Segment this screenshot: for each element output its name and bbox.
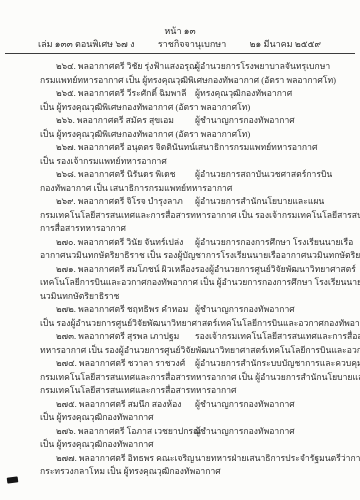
issue-date: ๒๑ มีนาคม ๒๕๕๙ — [250, 38, 321, 50]
entry-former-position: ผู้ชำนาญการกองทัพอากาศ — [195, 425, 295, 439]
entry-former-position: ผู้ชำนาญการกองทัพอากาศ — [195, 303, 295, 317]
entry-former-position: ผู้ทรงคุณวุฒิกองทัพอากาศ — [195, 87, 292, 101]
entry-continuation: เป็น รองเจ้ากรมแพทย์ทหารอากาศ — [40, 155, 320, 169]
entry-former-position: เสนาธิการกรมแพทย์ทหารอากาศ — [195, 141, 317, 155]
entry-number-name: ๒๗๑. พลอากาศตรี สมโภชน์ ผิวเหลือง — [40, 263, 195, 277]
entry-number-name: ๒๖๘. พลอากาศตรี นิรันดร พิเดช — [40, 168, 176, 182]
entry-former-position: ผู้อำนวยการกองการศึกษา โรงเรียนนายเรือ — [195, 236, 353, 250]
entry-former-position: ผู้ชำนาญการกองทัพอากาศ — [195, 114, 295, 128]
gazette-header: เล่ม ๑๓๓ ตอนพิเศษ ๖๗ ง ราชกิจจานุเบกษา ๒… — [0, 37, 360, 50]
entry-number-name: ๒๗๒. พลอากาศตรี ชฤทธิพร คำหอม — [40, 303, 188, 317]
entry-continuation: เป็น ผู้ทรงคุณวุฒิกองทัพอากาศ — [40, 438, 320, 452]
entry-number-name: ๒๗๐. พลอากาศตรี วินัย จันทร์เปล่ง — [40, 236, 183, 250]
gazette-entry: ๒๖๗. พลอากาศตรี อนุตตร จิตตินันทน์ เสนาธ… — [40, 141, 320, 168]
entry-number-name: ๒๖๙. พลอากาศตรี จิโรจ บำรุงลาภ — [40, 195, 183, 209]
entry-continuation: กองทัพอากาศ เป็น เสนาธิการกรมแพทย์ทหารอา… — [40, 182, 320, 196]
entry-former-position: ผู้ชำนาญการกองทัพอากาศ — [195, 398, 295, 412]
entry-former-position: ผู้อำนวยการสำนักระบบบัญชาการและควบคุม — [195, 357, 360, 371]
gazette-entry: ๒๗๐. พลอากาศตรี วินัย จันทร์เปล่ง ผู้อำน… — [40, 236, 320, 263]
entry-former-position: นายทหารฝ่ายเสนาธิการประจำรัฐมนตรีว่าการ — [195, 452, 360, 466]
entry-continuation: เป็น ผู้ทรงคุณวุฒิกองทัพอากาศ — [40, 411, 320, 425]
entry-continuation: การสื่อสารทหารอากาศ — [40, 222, 320, 236]
entry-number-name: ๒๗๖. พลอากาศตรี โอภาส เวชยาปกรณ์ — [40, 425, 201, 439]
entry-continuation: ทหารอากาศ เป็น รองผู้อำนวยการศูนย์วิจัยพ… — [40, 344, 320, 358]
entry-number-name: ๒๖๗. พลอากาศตรี อนุตตร จิตตินันทน์ — [40, 141, 195, 155]
entry-continuation: กรมแพทย์ทหารอากาศ เป็น ผู้ทรงคุณวุฒิพิเศ… — [40, 74, 320, 88]
gazette-entry: ๒๗๒. พลอากาศตรี ชฤทธิพร คำหอม ผู้ชำนาญกา… — [40, 303, 320, 330]
gazette-page: หน้า ๑๓ เล่ม ๑๓๓ ตอนพิเศษ ๖๗ ง ราชกิจจาน… — [0, 0, 360, 500]
gazette-entry: ๒๖๖. พลอากาศตรี สมัคร สุขเอม ผู้ชำนาญการ… — [40, 114, 320, 141]
entry-former-position: รองเจ้ากรมเทคโนโลยีสารสนเทศและการสื่อสาร — [195, 330, 360, 344]
entry-number-name: ๒๗๔. พลอากาศตรี ชวาลา ราชวงศ์ — [40, 357, 185, 371]
gazette-entry: ๒๖๕. พลอากาศตรี วีระศักดิ์ ฉิมพาลี ผู้ทร… — [40, 87, 320, 114]
volume-label: เล่ม ๑๓๓ ตอนพิเศษ ๖๗ ง — [38, 38, 134, 50]
entry-number-name: ๒๖๖. พลอากาศตรี สมัคร สุขเอม — [40, 114, 174, 128]
entries-body: ๒๖๔. พลอากาศตรี วิชัย รุ่งฟ้าแสงอรุณ ผู้… — [0, 54, 360, 479]
gazette-entry: ๒๗๓. พลอากาศตรี สุรพล เภาปฐม รองเจ้ากรมเ… — [40, 330, 320, 357]
entry-former-position: ผู้อำนวยการโรงพยาบาลจันทรุเบกษา — [195, 60, 330, 74]
gazette-entry: ๒๗๔. พลอากาศตรี ชวาลา ราชวงศ์ ผู้อำนวยกา… — [40, 357, 320, 398]
entry-former-position: ผู้อำนวยการสำนักนโยบายและแผน — [195, 195, 324, 209]
entry-continuation: นวมินทกษัตริยาธิราช — [40, 290, 320, 304]
entry-number-name: ๒๖๕. พลอากาศตรี วีระศักดิ์ ฉิมพาลี — [40, 87, 186, 101]
gazette-entry: ๒๗๕. พลอากาศตรี สมนึก สองห้อง ผู้ชำนาญกา… — [40, 398, 320, 425]
entry-continuation: อากาศนวมินทกษัตริยาธิราช เป็น รองผู้บัญช… — [40, 249, 320, 263]
entry-continuation: กระทรวงกลาโหม เป็น ผู้ทรงคุณวุฒิกองทัพอา… — [40, 465, 320, 479]
gazette-entry: ๒๖๙. พลอากาศตรี จิโรจ บำรุงลาภ ผู้อำนวยก… — [40, 195, 320, 236]
gazette-entry: ๒๖๔. พลอากาศตรี วิชัย รุ่งฟ้าแสงอรุณ ผู้… — [40, 60, 320, 87]
entry-continuation: เป็น ผู้ทรงคุณวุฒิพิเศษกองทัพอากาศ (อัตร… — [40, 128, 320, 142]
gazette-entry: ๒๗๑. พลอากาศตรี สมโภชน์ ผิวเหลือง รองผู้… — [40, 263, 320, 304]
entry-number-name: ๒๗๓. พลอากาศตรี สุรพล เภาปฐม — [40, 330, 179, 344]
gazette-entry: ๒๖๘. พลอากาศตรี นิรันดร พิเดช ผู้อำนวยกา… — [40, 168, 320, 195]
entry-former-position: รองผู้อำนวยการศูนย์วิจัยพัฒนาวิทยาศาสตร์ — [195, 263, 356, 277]
gazette-entry: ๒๗๖. พลอากาศตรี โอภาส เวชยาปกรณ์ ผู้ชำนา… — [40, 425, 320, 452]
entry-continuation: กรมเทคโนโลยีสารสนเทศและการสื่อสารทหารอาก… — [40, 209, 320, 223]
entry-former-position: ผู้อำนวยการสถาบันเวชศาสตร์การบิน — [195, 168, 332, 182]
entry-number-name: ๒๖๔. พลอากาศตรี วิชัย รุ่งฟ้าแสงอรุณ — [40, 60, 197, 74]
entry-continuation: เป็น รองผู้อำนวยการศูนย์วิจัยพัฒนาวิทยาศ… — [40, 317, 320, 331]
entry-number-name: ๒๗๗. พลอากาศตรี อิทธพร คณะเจริญ — [40, 452, 194, 466]
entry-continuation: กรมเทคโนโลยีสารสนเทศและการสื่อสารทหารอาก… — [40, 384, 320, 398]
gazette-entry: ๒๗๗. พลอากาศตรี อิทธพร คณะเจริญ นายทหารฝ… — [40, 452, 320, 479]
entry-continuation: เทคโนโลยีการบินและอวกาศกองทัพอากาศ เป็น … — [40, 276, 320, 290]
entry-continuation: กรมเทคโนโลยีสารสนเทศและการสื่อสารทหารอาก… — [40, 371, 320, 385]
entry-continuation: เป็น ผู้ทรงคุณวุฒิพิเศษกองทัพอากาศ (อัตร… — [40, 101, 320, 115]
page-number: หน้า ๑๓ — [0, 0, 360, 37]
scan-smudge-artifact — [7, 476, 19, 483]
entry-number-name: ๒๗๕. พลอากาศตรี สมนึก สองห้อง — [40, 398, 181, 412]
gazette-title: ราชกิจจานุเบกษา — [158, 38, 226, 50]
